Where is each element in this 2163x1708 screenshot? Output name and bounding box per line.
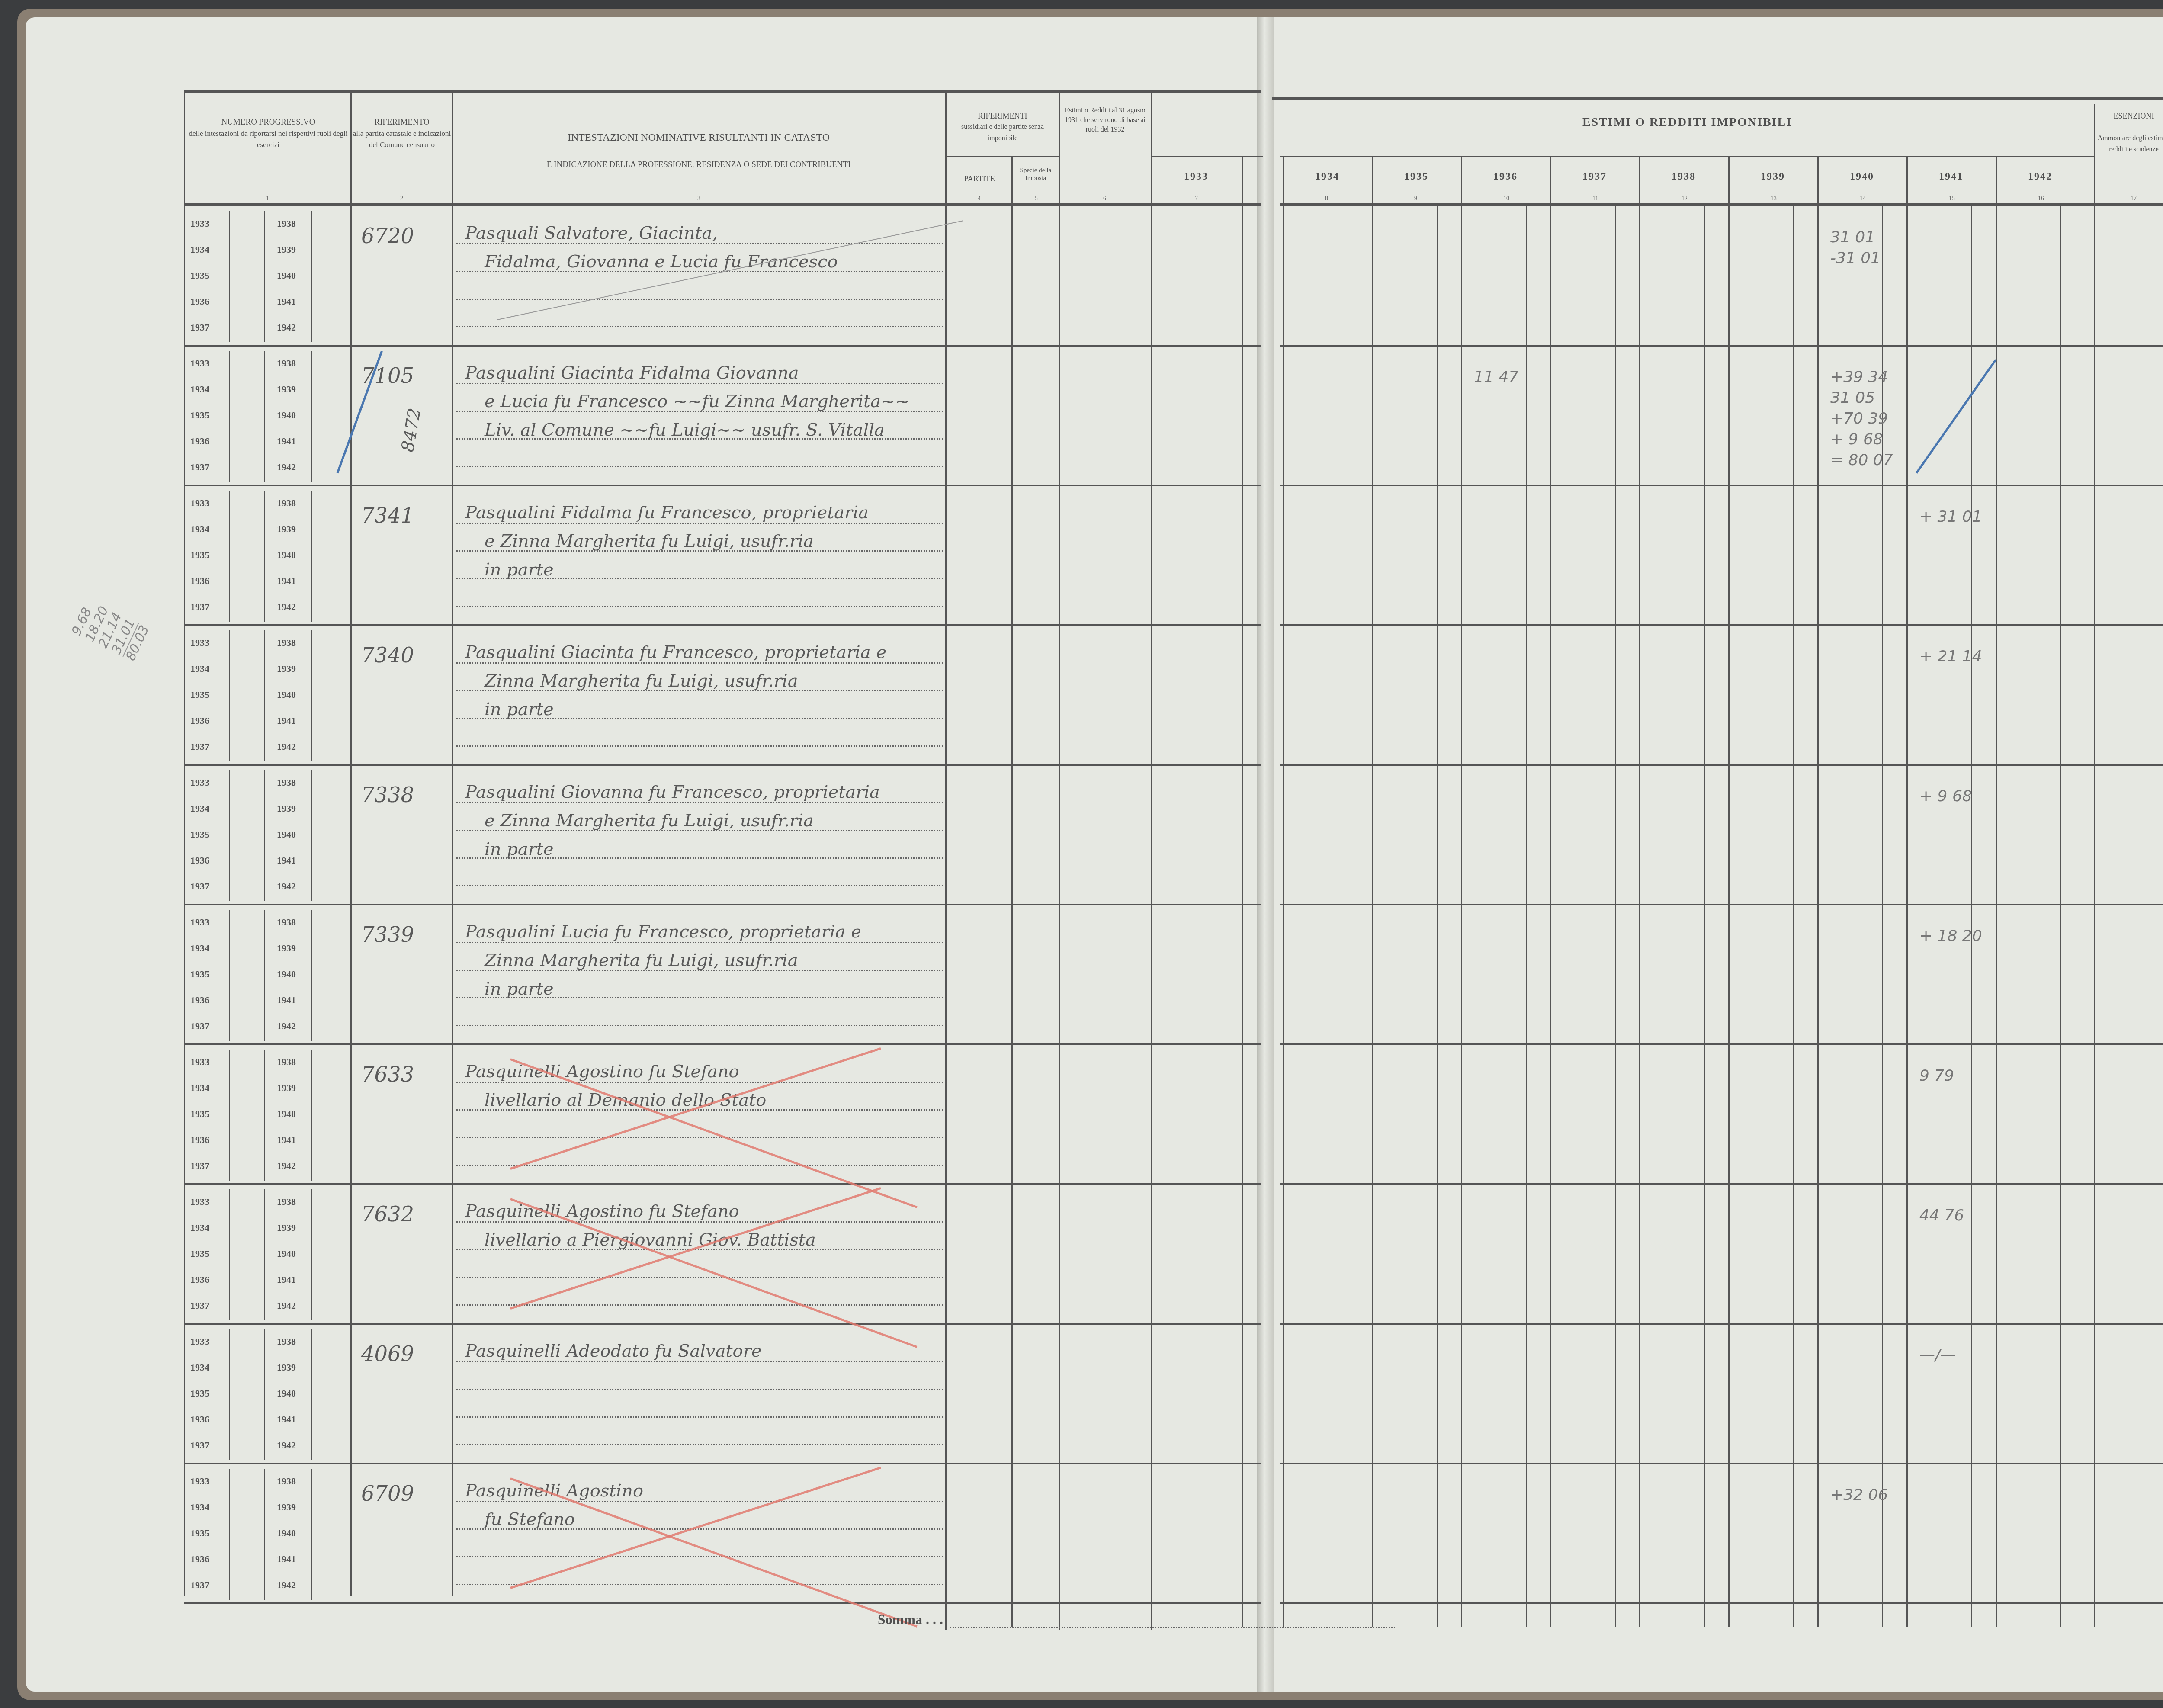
year-label: 1933 — [190, 1336, 209, 1347]
partita-reference: 7341 — [361, 504, 414, 528]
col-number: 8 — [1325, 196, 1328, 202]
col-divider — [1011, 156, 1013, 1627]
row-rule — [1280, 345, 2163, 347]
year-label: 1942 — [277, 1440, 296, 1451]
header-year-1942: 1942 — [1996, 171, 2085, 182]
year-label: 1941 — [277, 1274, 296, 1285]
header-top-rule — [184, 90, 1261, 93]
partita-reference: 7632 — [361, 1202, 414, 1226]
right-header-top-rule — [1272, 97, 2163, 100]
year-label: 1935 — [190, 689, 209, 700]
intestazione-line: Pasqualini Giovanna fu Francesco, propri… — [465, 782, 880, 802]
col5-number: 5 — [1035, 196, 1038, 202]
year-label: 1933 — [190, 1196, 209, 1207]
header-col3-title: INTESTAZIONI NOMINATIVE RISULTANTI IN CA… — [454, 132, 943, 143]
amount-1941: + 9 68 — [1919, 787, 1972, 805]
cents-divider — [1437, 206, 1438, 1627]
entry-dotted-line — [456, 1165, 943, 1166]
col-divider — [264, 770, 265, 901]
year-label: 1942 — [277, 1160, 296, 1172]
row-rule — [184, 1043, 1261, 1045]
col-divider — [311, 491, 312, 622]
amount-1940: +70 39 — [1830, 410, 1888, 427]
row-rule — [1280, 904, 2163, 905]
col-divider — [229, 491, 230, 622]
row-rule — [1280, 485, 2163, 486]
col-number: 13 — [1771, 196, 1777, 202]
intestazione-line: fu Stefano — [485, 1509, 575, 1529]
partita-reference: 7633 — [361, 1063, 414, 1087]
year-label: 1936 — [190, 575, 209, 587]
col-divider — [229, 1189, 230, 1320]
esenzioni-title: ESENZIONI — [2096, 110, 2163, 122]
year-label: 1937 — [190, 741, 209, 752]
header-col1: NUMERO PROGRESSIVO delle intestazioni da… — [186, 117, 350, 151]
col-divider — [311, 1189, 312, 1320]
year-label: 1937 — [190, 1160, 209, 1172]
cents-divider — [1615, 206, 1616, 1627]
estimi-group-title: ESTIMI O REDDITI IMPONIBILI — [1280, 117, 2094, 128]
year-label: 1938 — [277, 1336, 296, 1347]
header-col2: RIFERIMENTO alla partita catastale e ind… — [353, 117, 451, 151]
somma-label: Somma . . . — [822, 1614, 943, 1625]
esenzioni-dash: — — [2096, 122, 2163, 133]
year-label: 1939 — [277, 384, 296, 395]
entry-dotted-line — [456, 1137, 943, 1138]
row-rule — [1280, 1183, 2163, 1185]
col-divider — [311, 630, 312, 761]
year-label: 1941 — [277, 855, 296, 866]
right-subheader-rule — [1280, 156, 2094, 157]
year-label: 1940 — [277, 1388, 296, 1399]
intestazione-line: Pasquinelli Adeodato fu Salvatore — [465, 1341, 761, 1361]
year-label: 1934 — [190, 803, 209, 814]
col-divider — [1817, 156, 1819, 1627]
amount-1941: + 31 01 — [1919, 508, 1982, 526]
year-label: 1939 — [277, 244, 296, 255]
esenzioni-sub: Ammontare degli estimi o redditi e scade… — [2096, 133, 2163, 155]
year-label: 1939 — [277, 803, 296, 814]
year-label: 1936 — [190, 1554, 209, 1565]
year-label: 1937 — [190, 1440, 209, 1451]
entry-dotted-line — [456, 466, 943, 467]
col-divider — [311, 770, 312, 901]
year-label: 1934 — [190, 663, 209, 674]
year-label: 1935 — [190, 1388, 209, 1399]
year-label: 1938 — [277, 218, 296, 229]
partita-reference: 7339 — [361, 923, 414, 947]
amount-1941: + 18 20 — [1919, 927, 1982, 945]
col-divider — [264, 351, 265, 482]
intestazione-line: Pasquinelli Agostino fu Stefano — [465, 1062, 739, 1082]
intestazione-line: Zinna Margherita fu Luigi, usufr.ria — [485, 671, 798, 691]
col-number: 15 — [1949, 196, 1955, 202]
col-divider — [264, 1050, 265, 1181]
intestazione-line: in parte — [485, 560, 554, 580]
year-label: 1938 — [277, 917, 296, 928]
year-label: 1934 — [190, 523, 209, 535]
entry-dotted-line — [456, 1444, 943, 1445]
col-divider — [1550, 156, 1551, 1627]
subheader-rule — [1151, 156, 1263, 157]
col-divider — [264, 1329, 265, 1460]
col-divider — [311, 211, 312, 342]
year-label: 1938 — [277, 1476, 296, 1487]
cents-divider — [1348, 206, 1348, 1627]
col-number: 16 — [2038, 196, 2044, 202]
header-year-1940: 1940 — [1817, 171, 1906, 182]
header-year-1934: 1934 — [1283, 171, 1372, 182]
col-divider — [1242, 156, 1243, 1627]
year-label: 1936 — [190, 855, 209, 866]
entry-dotted-line — [456, 1556, 943, 1557]
year-label: 1939 — [277, 663, 296, 674]
year-label: 1933 — [190, 1056, 209, 1068]
year-label: 1941 — [277, 1554, 296, 1565]
header-col45-sub: sussidiari e delle partite senza imponib… — [947, 122, 1058, 144]
col-divider — [311, 1050, 312, 1181]
year-label: 1942 — [277, 1021, 296, 1032]
year-label: 1942 — [277, 881, 296, 892]
year-label: 1942 — [277, 462, 296, 473]
header-col1-title: NUMERO PROGRESSIVO — [186, 117, 350, 128]
header-year-1936: 1936 — [1461, 171, 1550, 182]
col-number: 10 — [1503, 196, 1509, 202]
year-label: 1941 — [277, 296, 296, 307]
intestazione-line: e Lucia fu Francesco ~~fu Zinna Margheri… — [485, 392, 910, 411]
intestazione-line: Pasqualini Lucia fu Francesco, proprieta… — [465, 922, 861, 942]
col6-number: 6 — [1103, 196, 1106, 202]
year-label: 1936 — [190, 436, 209, 447]
col-divider — [311, 1469, 312, 1600]
year-label: 1942 — [277, 1300, 296, 1311]
header-col2-title: RIFERIMENTO — [353, 117, 451, 128]
intestazione-line: in parte — [485, 839, 554, 859]
entry-dotted-line — [456, 942, 943, 943]
col-divider — [264, 630, 265, 761]
partita-reference: 7340 — [361, 643, 414, 668]
col-divider — [1461, 156, 1462, 1627]
entry-dotted-line — [456, 523, 943, 524]
amount-1940: +39 34 — [1830, 368, 1888, 386]
partita-reference: 7338 — [361, 783, 414, 807]
entry-dotted-line — [456, 606, 943, 607]
col-divider — [1639, 156, 1640, 1627]
partita-reference: 6709 — [361, 1482, 414, 1506]
col-divider — [1372, 156, 1373, 1627]
cents-divider — [1704, 206, 1705, 1627]
entry-dotted-line — [456, 299, 943, 300]
year-label: 1934 — [190, 1082, 209, 1094]
row-rule — [184, 1183, 1261, 1185]
col17-number: 17 — [2131, 196, 2137, 202]
entry-dotted-line — [456, 1501, 943, 1502]
entry-dotted-line — [456, 1416, 943, 1418]
year-label: 1935 — [190, 549, 209, 561]
amount-1941: 9 79 — [1919, 1067, 1954, 1085]
col-number: 14 — [1860, 196, 1866, 202]
header-year-1938: 1938 — [1639, 171, 1728, 182]
col-divider — [1151, 90, 1152, 1630]
year-label: 1935 — [190, 1108, 209, 1120]
year-label: 1933 — [190, 777, 209, 788]
col2-number: 2 — [400, 196, 403, 202]
row-rule — [184, 624, 1261, 626]
entry-dotted-line — [456, 1584, 943, 1585]
col-divider — [264, 1469, 265, 1600]
col-divider — [1059, 90, 1060, 1630]
row-rule — [184, 1463, 1261, 1464]
col-divider — [229, 1469, 230, 1600]
year-label: 1940 — [277, 270, 296, 281]
col4-number: 4 — [978, 196, 981, 202]
amount-1941: 44 76 — [1919, 1207, 1964, 1224]
entry-dotted-line — [456, 1221, 943, 1223]
year-label: 1938 — [277, 358, 296, 369]
col-divider — [350, 90, 352, 1596]
amount-1940: -31 01 — [1830, 249, 1881, 267]
cents-divider — [1526, 206, 1527, 1627]
col3-number: 3 — [697, 196, 700, 202]
entry-dotted-line — [456, 326, 943, 327]
col-divider — [452, 90, 453, 1596]
col-divider — [1996, 156, 1997, 1627]
col-divider — [264, 211, 265, 342]
cents-divider — [1793, 206, 1794, 1627]
amount-1941: —/— — [1919, 1346, 1956, 1364]
year-label: 1939 — [277, 523, 296, 535]
year-label: 1935 — [190, 1248, 209, 1259]
intestazione-line: Pasqualini Fidalma fu Francesco, proprie… — [465, 503, 869, 523]
row-rule — [184, 485, 1261, 486]
header-year-1935: 1935 — [1372, 171, 1461, 182]
year-label: 1937 — [190, 1300, 209, 1311]
amount-1940: + 9 68 — [1830, 430, 1883, 448]
entry-dotted-line — [456, 662, 943, 664]
col7-number: 7 — [1195, 196, 1198, 202]
amount-1940: 31 05 — [1830, 389, 1875, 407]
year-label: 1937 — [190, 601, 209, 613]
col-divider — [229, 770, 230, 901]
year-label: 1940 — [277, 829, 296, 840]
intestazione-line: Pasquinelli Agostino — [465, 1481, 643, 1501]
col-divider — [311, 910, 312, 1041]
entry-dotted-line — [456, 1277, 943, 1278]
row-rule — [184, 345, 1261, 347]
year-label: 1934 — [190, 384, 209, 395]
intestazione-line: Pasquinelli Agostino fu Stefano — [465, 1201, 739, 1221]
year-label: 1942 — [277, 322, 296, 333]
col-number: 12 — [1682, 196, 1688, 202]
year-label: 1941 — [277, 715, 296, 726]
col-divider — [229, 910, 230, 1041]
intestazione-line: Pasqualini Giacinta fu Francesco, propri… — [465, 642, 886, 662]
col-divider — [229, 351, 230, 482]
year-label: 1940 — [277, 1108, 296, 1120]
year-label: 1939 — [277, 1082, 296, 1094]
row-rule — [184, 1602, 1261, 1604]
row-rule — [1280, 1602, 2163, 1604]
year-label: 1940 — [277, 1248, 296, 1259]
entry-dotted-line — [456, 383, 943, 384]
row-rule — [1280, 764, 2163, 766]
subheader-rule — [945, 156, 1060, 157]
year-label: 1938 — [277, 1196, 296, 1207]
col1-number: 1 — [266, 196, 269, 202]
header-col1-sub: delle intestazioni da riportarsi nei ris… — [186, 128, 350, 151]
intestazione-line: in parte — [485, 700, 554, 719]
year-label: 1933 — [190, 358, 209, 369]
year-label: 1940 — [277, 689, 296, 700]
year-label: 1938 — [277, 1056, 296, 1068]
entry-dotted-line — [456, 885, 943, 886]
amount-1940: 31 01 — [1830, 228, 1875, 246]
year-label: 1939 — [277, 943, 296, 954]
year-label: 1942 — [277, 1580, 296, 1591]
header-esenzioni: ESENZIONI — Ammontare degli estimi o red… — [2096, 110, 2163, 155]
header-col7-year: 1933 — [1153, 171, 1239, 182]
year-label: 1933 — [190, 917, 209, 928]
row-rule — [184, 1323, 1261, 1325]
header-col6: Estimi o Redditi al 31 agosto 1931 che s… — [1061, 106, 1149, 135]
year-label: 1933 — [190, 498, 209, 509]
header-col5: Specie della Imposta — [1013, 167, 1058, 182]
year-label: 1940 — [277, 549, 296, 561]
year-label: 1937 — [190, 322, 209, 333]
intestazione-line: Pasqualini Giacinta Fidalma Giovanna — [465, 363, 799, 383]
amount-1940: +32 06 — [1830, 1486, 1888, 1504]
year-label: 1937 — [190, 1021, 209, 1032]
row-rule — [184, 764, 1261, 766]
year-label: 1934 — [190, 1222, 209, 1233]
entry-dotted-line — [456, 243, 943, 244]
col-divider — [229, 211, 230, 342]
year-label: 1935 — [190, 829, 209, 840]
entry-dotted-line — [456, 1389, 943, 1390]
col-divider — [229, 1050, 230, 1181]
year-label: 1936 — [190, 1134, 209, 1146]
col-number: 9 — [1414, 196, 1417, 202]
header-col3-sub: E INDICAZIONE DELLA PROFESSIONE, RESIDEN… — [454, 159, 943, 170]
col-divider — [1283, 156, 1284, 1627]
amount-1940: = 80 07 — [1830, 451, 1893, 469]
year-label: 1934 — [190, 1502, 209, 1513]
entry-dotted-line — [456, 1361, 943, 1362]
amount-1936: 11 47 — [1474, 368, 1518, 386]
intestazione-line: Liv. al Comune ~~fu Luigi~~ usufr. S. Vi… — [485, 420, 885, 440]
year-label: 1939 — [277, 1502, 296, 1513]
year-label: 1940 — [277, 410, 296, 421]
year-label: 1937 — [190, 1580, 209, 1591]
table-left-border — [184, 90, 185, 1596]
somma-dotted-line — [950, 1627, 1395, 1628]
year-label: 1939 — [277, 1362, 296, 1373]
col-divider — [311, 351, 312, 482]
header-year-1937: 1937 — [1550, 171, 1639, 182]
partita-reference: 4069 — [361, 1342, 414, 1366]
year-label: 1940 — [277, 969, 296, 980]
col-number: 11 — [1592, 196, 1598, 202]
cents-divider — [1971, 206, 1972, 1627]
entry-dotted-line — [456, 1304, 943, 1306]
col-divider — [1906, 156, 1908, 1627]
entry-dotted-line — [456, 1082, 943, 1083]
year-label: 1938 — [277, 637, 296, 649]
intestazione-line: in parte — [485, 979, 554, 999]
intestazione-line: Fidalma, Giovanna e Lucia fu Francesco — [485, 252, 838, 272]
year-label: 1936 — [190, 296, 209, 307]
form-id: Mod. 111 - Imposte Dirette (Intercalare)… — [2120, 69, 2163, 80]
entry-dotted-line — [456, 1025, 943, 1026]
intestazione-line: e Zinna Margherita fu Luigi, usufr.ria — [485, 811, 814, 831]
intestazione-line: livellario a Piergiovanni Giov. Battista — [485, 1230, 816, 1250]
year-label: 1933 — [190, 218, 209, 229]
col-divider — [229, 630, 230, 761]
year-label: 1942 — [277, 741, 296, 752]
right-header-bottom-rule — [1280, 203, 2163, 206]
year-label: 1936 — [190, 995, 209, 1006]
year-label: 1941 — [277, 995, 296, 1006]
year-label: 1935 — [190, 969, 209, 980]
year-label: 1937 — [190, 881, 209, 892]
col-divider — [2094, 104, 2095, 1627]
year-label: 1938 — [277, 777, 296, 788]
year-label: 1935 — [190, 1528, 209, 1539]
year-label: 1934 — [190, 244, 209, 255]
year-label: 1933 — [190, 1476, 209, 1487]
year-label: 1938 — [277, 498, 296, 509]
year-label: 1936 — [190, 1274, 209, 1285]
row-rule — [184, 904, 1261, 905]
year-label: 1941 — [277, 575, 296, 587]
header-col4: PARTITE — [947, 173, 1011, 184]
col-divider — [945, 90, 947, 1630]
cents-divider — [2060, 206, 2061, 1627]
col-divider — [311, 1329, 312, 1460]
intestazione-line: e Zinna Margherita fu Luigi, usufr.ria — [485, 531, 814, 551]
col-divider — [1728, 156, 1730, 1627]
col-divider — [264, 491, 265, 622]
year-label: 1939 — [277, 1222, 296, 1233]
year-label: 1934 — [190, 1362, 209, 1373]
year-label: 1941 — [277, 436, 296, 447]
header-year-1941: 1941 — [1906, 171, 1996, 182]
right-page — [1268, 17, 2163, 1692]
intestazione-line: Pasquali Salvatore, Giacinta, — [465, 223, 718, 243]
entry-dotted-line — [456, 745, 943, 747]
amount-1941: + 21 14 — [1919, 648, 1982, 665]
header-bottom-rule — [184, 203, 1261, 206]
entry-dotted-line — [456, 802, 943, 803]
year-label: 1934 — [190, 943, 209, 954]
year-label: 1935 — [190, 270, 209, 281]
row-rule — [1280, 1043, 2163, 1045]
year-label: 1941 — [277, 1134, 296, 1146]
col-divider — [264, 1189, 265, 1320]
year-label: 1940 — [277, 1528, 296, 1539]
header-col2-sub: alla partita catastale e indicazioni del… — [353, 128, 451, 151]
book-gutter — [1257, 17, 1274, 1692]
year-label: 1933 — [190, 637, 209, 649]
intestazione-line: Zinna Margherita fu Luigi, usufr.ria — [485, 950, 798, 970]
header-col45: RIFERIMENTI sussidiari e delle partite s… — [947, 110, 1058, 144]
row-rule — [1280, 624, 2163, 626]
year-label: 1937 — [190, 462, 209, 473]
year-label: 1941 — [277, 1414, 296, 1425]
header-col45-title: RIFERIMENTI — [947, 110, 1058, 122]
row-rule — [1280, 1463, 2163, 1464]
year-label: 1936 — [190, 1414, 209, 1425]
